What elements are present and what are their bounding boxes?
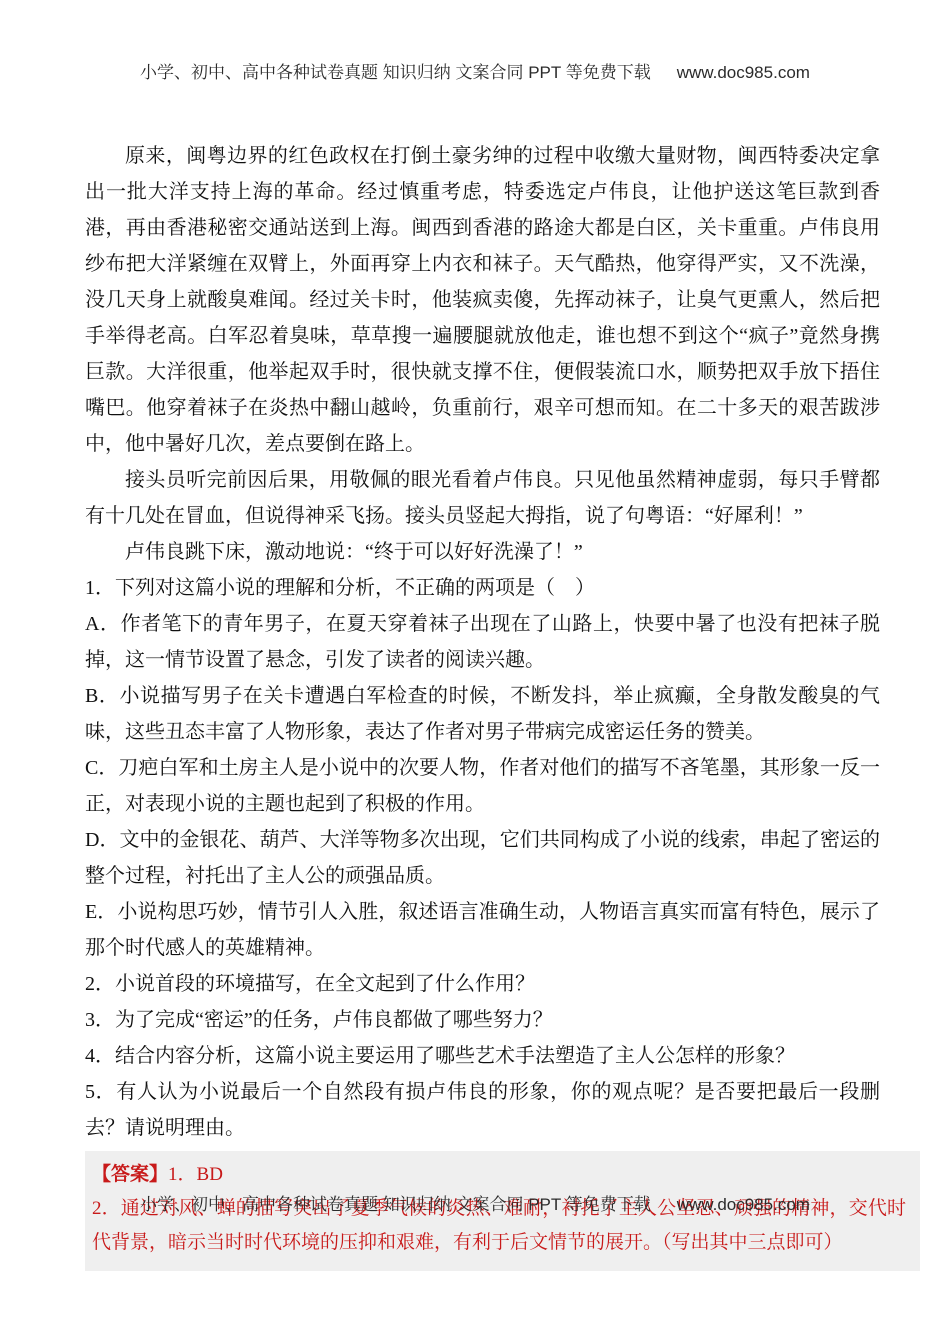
footer-url: www.doc985.com — [677, 1195, 810, 1214]
header-url: www.doc985.com — [677, 63, 810, 82]
option-e: E．小说构思巧妙，情节引人入胜，叙述语言准确生动，人物语言真实而富有特色，展示了… — [85, 894, 920, 966]
document-page: 小学、初中、高中各种试卷真题 知识归纳 文案合同 PPT 等免费下载www.do… — [0, 0, 950, 1344]
answer-label: 【答案】 — [92, 1164, 168, 1185]
option-d: D．文中的金银花、葫芦、大洋等物多次出现，它们共同构成了小说的线索，串起了密运的… — [85, 822, 920, 894]
question-4: 4．结合内容分析，这篇小说主要运用了哪些艺术手法塑造了主人公怎样的形象？ — [85, 1038, 920, 1074]
question-1: 1．下列对这篇小说的理解和分析，不正确的两项是（ ） — [85, 570, 920, 606]
page-footer: 小学、初中、高中各种试卷真题 知识归纳 文案合同 PPT 等免费下载www.do… — [0, 1194, 950, 1216]
page-header: 小学、初中、高中各种试卷真题 知识归纳 文案合同 PPT 等免费下载www.do… — [0, 62, 950, 84]
answer-line-1: 【答案】1．BD — [92, 1158, 906, 1192]
passage-paragraph-3: 卢伟良跳下床，激动地说：“终于可以好好洗澡了！” — [85, 534, 920, 570]
document-body: 原来，闽粤边界的红色政权在打倒土豪劣绅的过程中收缴大量财物，闽西特委决定拿出一批… — [85, 138, 920, 1271]
header-text: 小学、初中、高中各种试卷真题 知识归纳 文案合同 PPT 等免费下载 — [140, 63, 651, 82]
option-a: A．作者笔下的青年男子，在夏天穿着袜子出现在了山路上，快要中暑了也没有把袜子脱掉… — [85, 606, 920, 678]
option-b: B．小说描写男子在关卡遭遇白军检查的时候，不断发抖，举止疯癫，全身散发酸臭的气味… — [85, 678, 920, 750]
answer-item-1: 1．BD — [168, 1164, 223, 1185]
passage-paragraph-1: 原来，闽粤边界的红色政权在打倒土豪劣绅的过程中收缴大量财物，闽西特委决定拿出一批… — [85, 138, 920, 462]
option-c: C．刀疤白军和土房主人是小说中的次要人物，作者对他们的描写不吝笔墨，其形象一反一… — [85, 750, 920, 822]
question-5: 5．有人认为小说最后一个自然段有损卢伟良的形象，你的观点呢？是否要把最后一段删去… — [85, 1074, 920, 1146]
question-3: 3．为了完成“密运”的任务，卢伟良都做了哪些努力？ — [85, 1002, 920, 1038]
footer-text: 小学、初中、高中各种试卷真题 知识归纳 文案合同 PPT 等免费下载 — [140, 1195, 651, 1214]
question-2: 2．小说首段的环境描写，在全文起到了什么作用？ — [85, 966, 920, 1002]
passage-paragraph-2: 接头员听完前因后果，用敬佩的眼光看着卢伟良。只见他虽然精神虚弱，每只手臂都有十几… — [85, 462, 920, 534]
